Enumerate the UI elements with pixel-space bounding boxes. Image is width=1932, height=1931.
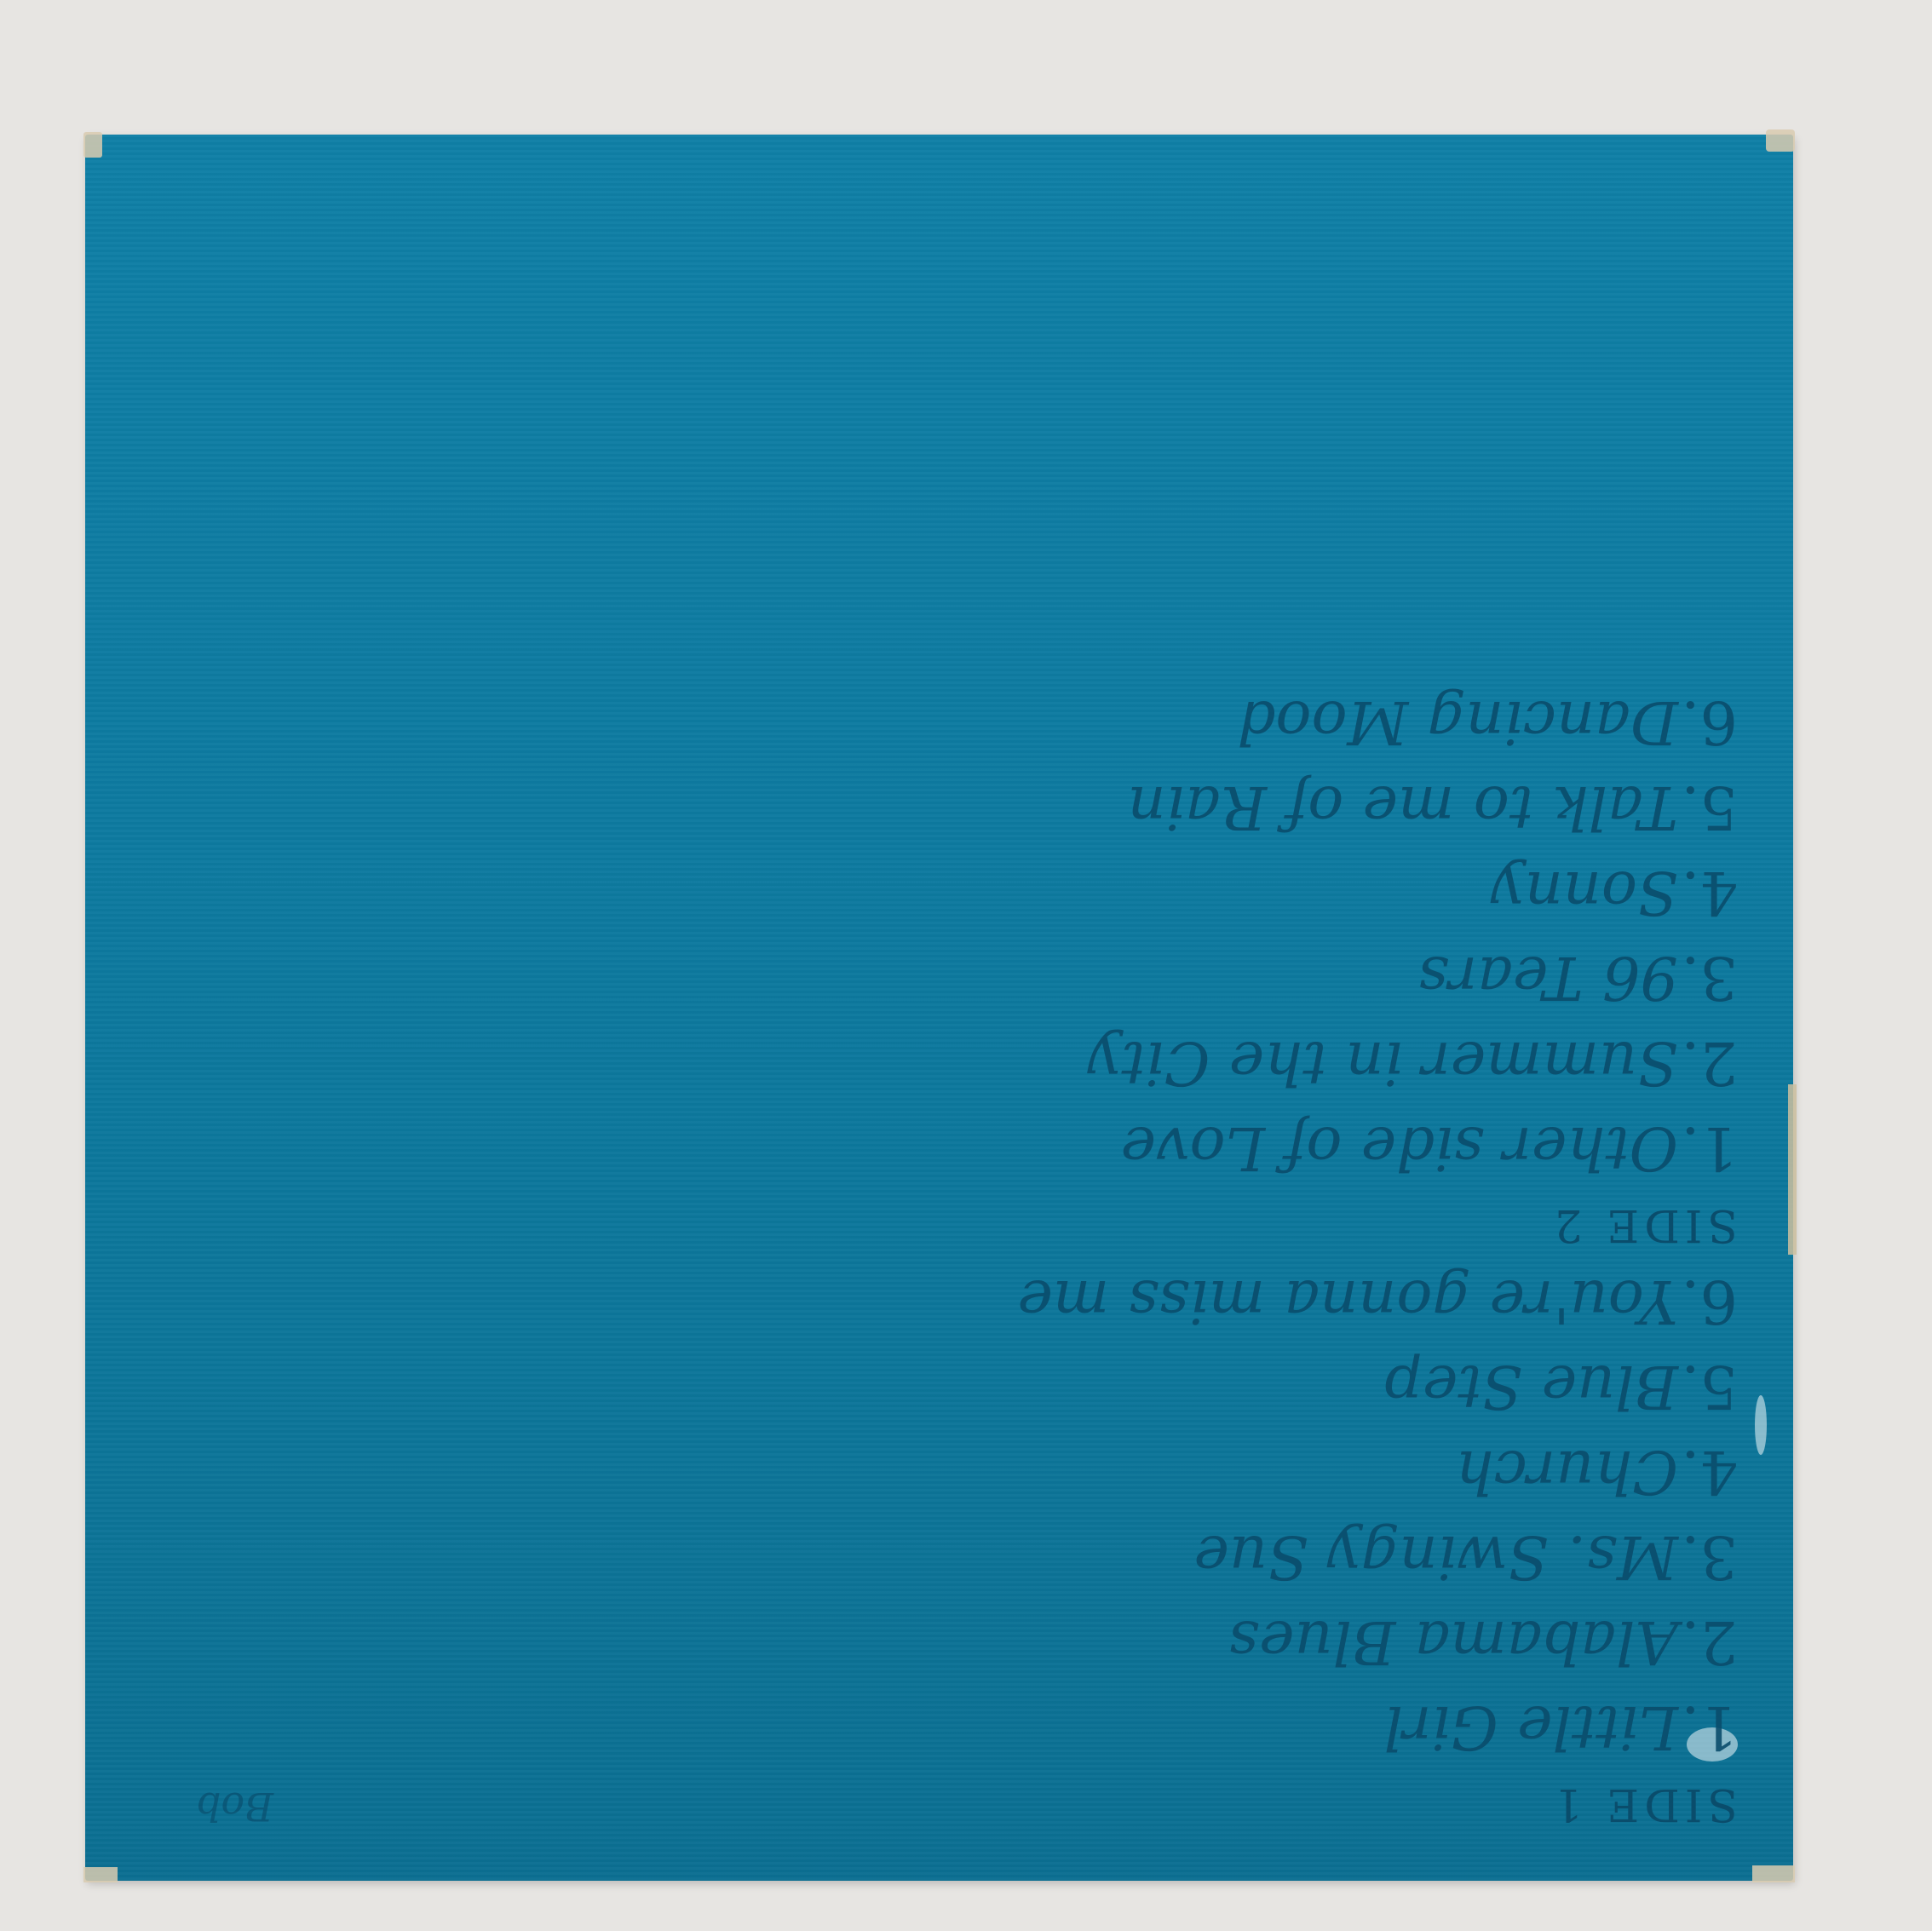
track-item: 1.Little Girl [239,1685,1738,1770]
corner-wear [1766,129,1795,152]
track-item: 6.You're gonna miss me [239,1259,1738,1344]
record-sleeve-board: SIDE 1 1.Little Girl 2.Alabama Blues 3.M… [85,135,1793,1881]
corner-wear [83,1867,118,1882]
track-item: 2.Alabama Blues [239,1600,1738,1685]
side-2-heading: SIDE 2 [239,1199,1738,1250]
side-2-block: SIDE 2 1.Other side of Love 2.Summer in … [239,680,1738,1250]
track-item: 5.Blue Step [239,1344,1738,1429]
handwritten-tracklist: SIDE 1 1.Little Girl 2.Alabama Blues 3.M… [239,339,1738,1830]
corner-wear [1752,1865,1795,1882]
track-item: 3.96 Tears [239,935,1738,1020]
track-item: 4.Church [239,1429,1738,1514]
side-1-block: SIDE 1 1.Little Girl 2.Alabama Blues 3.M… [239,1259,1738,1830]
edge-wear [1788,1084,1797,1255]
side-1-heading: SIDE 1 [239,1779,1738,1830]
track-item: 2.Summer in the City [239,1020,1738,1106]
track-item: 5.Talk to me of Rain [239,765,1738,850]
track-item: 3.Ms. Swingy Sue [239,1514,1738,1600]
corner-wear [83,132,102,158]
track-item: 4.Sonny [239,850,1738,935]
track-item: 1.Other side of Love [239,1106,1738,1191]
signature: Bob [196,1784,273,1830]
scuff-mark [1755,1395,1767,1455]
track-item: 6.Dancing Mood [239,680,1738,765]
